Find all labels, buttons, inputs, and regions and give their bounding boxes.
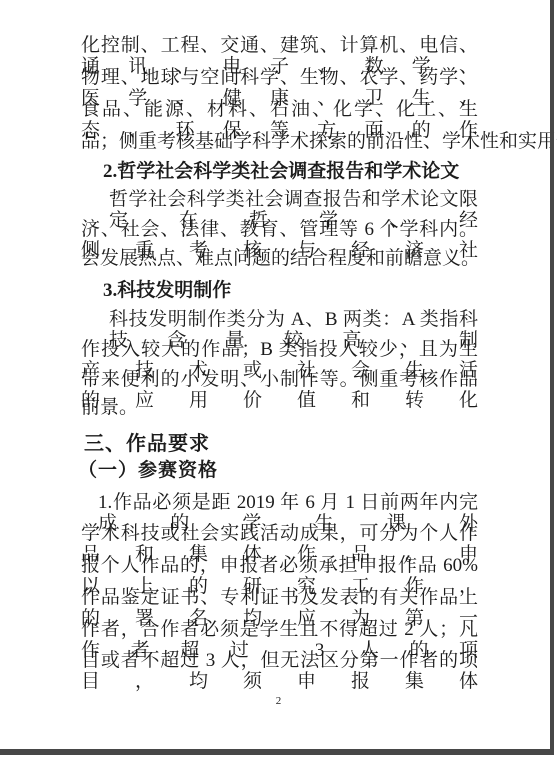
page-edge-bottom-shadow (0, 749, 554, 755)
subsection-heading: 3.科技发明制作 (81, 280, 478, 301)
body-line: 会发展热点、难点问题的结合程度和前瞻意义。 (81, 248, 478, 269)
body-line: 目或者不超过 3 人，但无法区分第一作者的项目，均须申报集体 (81, 650, 478, 692)
body-line: 前景。 (81, 397, 478, 418)
section-heading: 三、作品要求 (84, 433, 481, 455)
subsection-heading: 2.哲学社会科学类社会调查报告和学术论文 (81, 161, 478, 182)
document-page: 化控制、工程、交通、建筑、计算机、电信、通讯、电子、数学、 物理、地球与空间科学… (0, 0, 557, 757)
subsection-title: （一）参赛资格 (78, 460, 475, 481)
page-edge-right-shadow (550, 0, 554, 755)
body-line: 品；侧重考核基础学科学术探索的前沿性、学术性和实用性。 (81, 131, 478, 152)
page-number: 2 (0, 695, 557, 707)
